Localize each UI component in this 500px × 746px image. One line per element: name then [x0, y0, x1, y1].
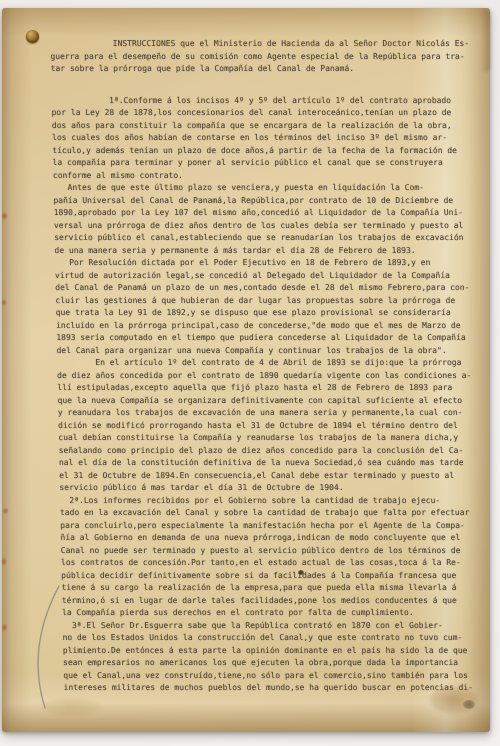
stain	[2, 557, 6, 566]
typewritten-text-block: INSTRUCCIONES que el Ministerio de Hacie…	[50, 38, 500, 695]
paper-sheet: INSTRUCCIONES que el Ministerio de Hacie…	[2, 8, 490, 732]
stain	[2, 299, 6, 306]
stain	[42, 698, 102, 716]
screenshot-root: { "page": { "kind": "scanned typewritten…	[0, 0, 500, 746]
stain	[2, 624, 7, 631]
stain	[2, 212, 7, 220]
document-paragraph-6: 3ª.El Señor Dr.Esguerra sabe que la Repú…	[62, 620, 500, 695]
document-paragraph-3: Por Resolución dictada por el Poder Ejec…	[55, 257, 493, 357]
stain	[463, 700, 475, 709]
brass-fastener-icon	[26, 30, 39, 43]
document-paragraph-4: En el artículo 1º del contrato de 4 de A…	[57, 357, 496, 495]
document-header: INSTRUCCIONES que el Ministerio de Hacie…	[50, 38, 487, 76]
document-paragraph-5: 2ª.Los informes recibidos por el Gobiern…	[60, 495, 499, 620]
document-paragraph-2: Antes de que este último plazo se vencie…	[53, 182, 491, 257]
stain	[3, 508, 8, 514]
document-paragraph-1: 1ª.Conforme á los incisos 4º y 5º del ar…	[51, 95, 489, 183]
